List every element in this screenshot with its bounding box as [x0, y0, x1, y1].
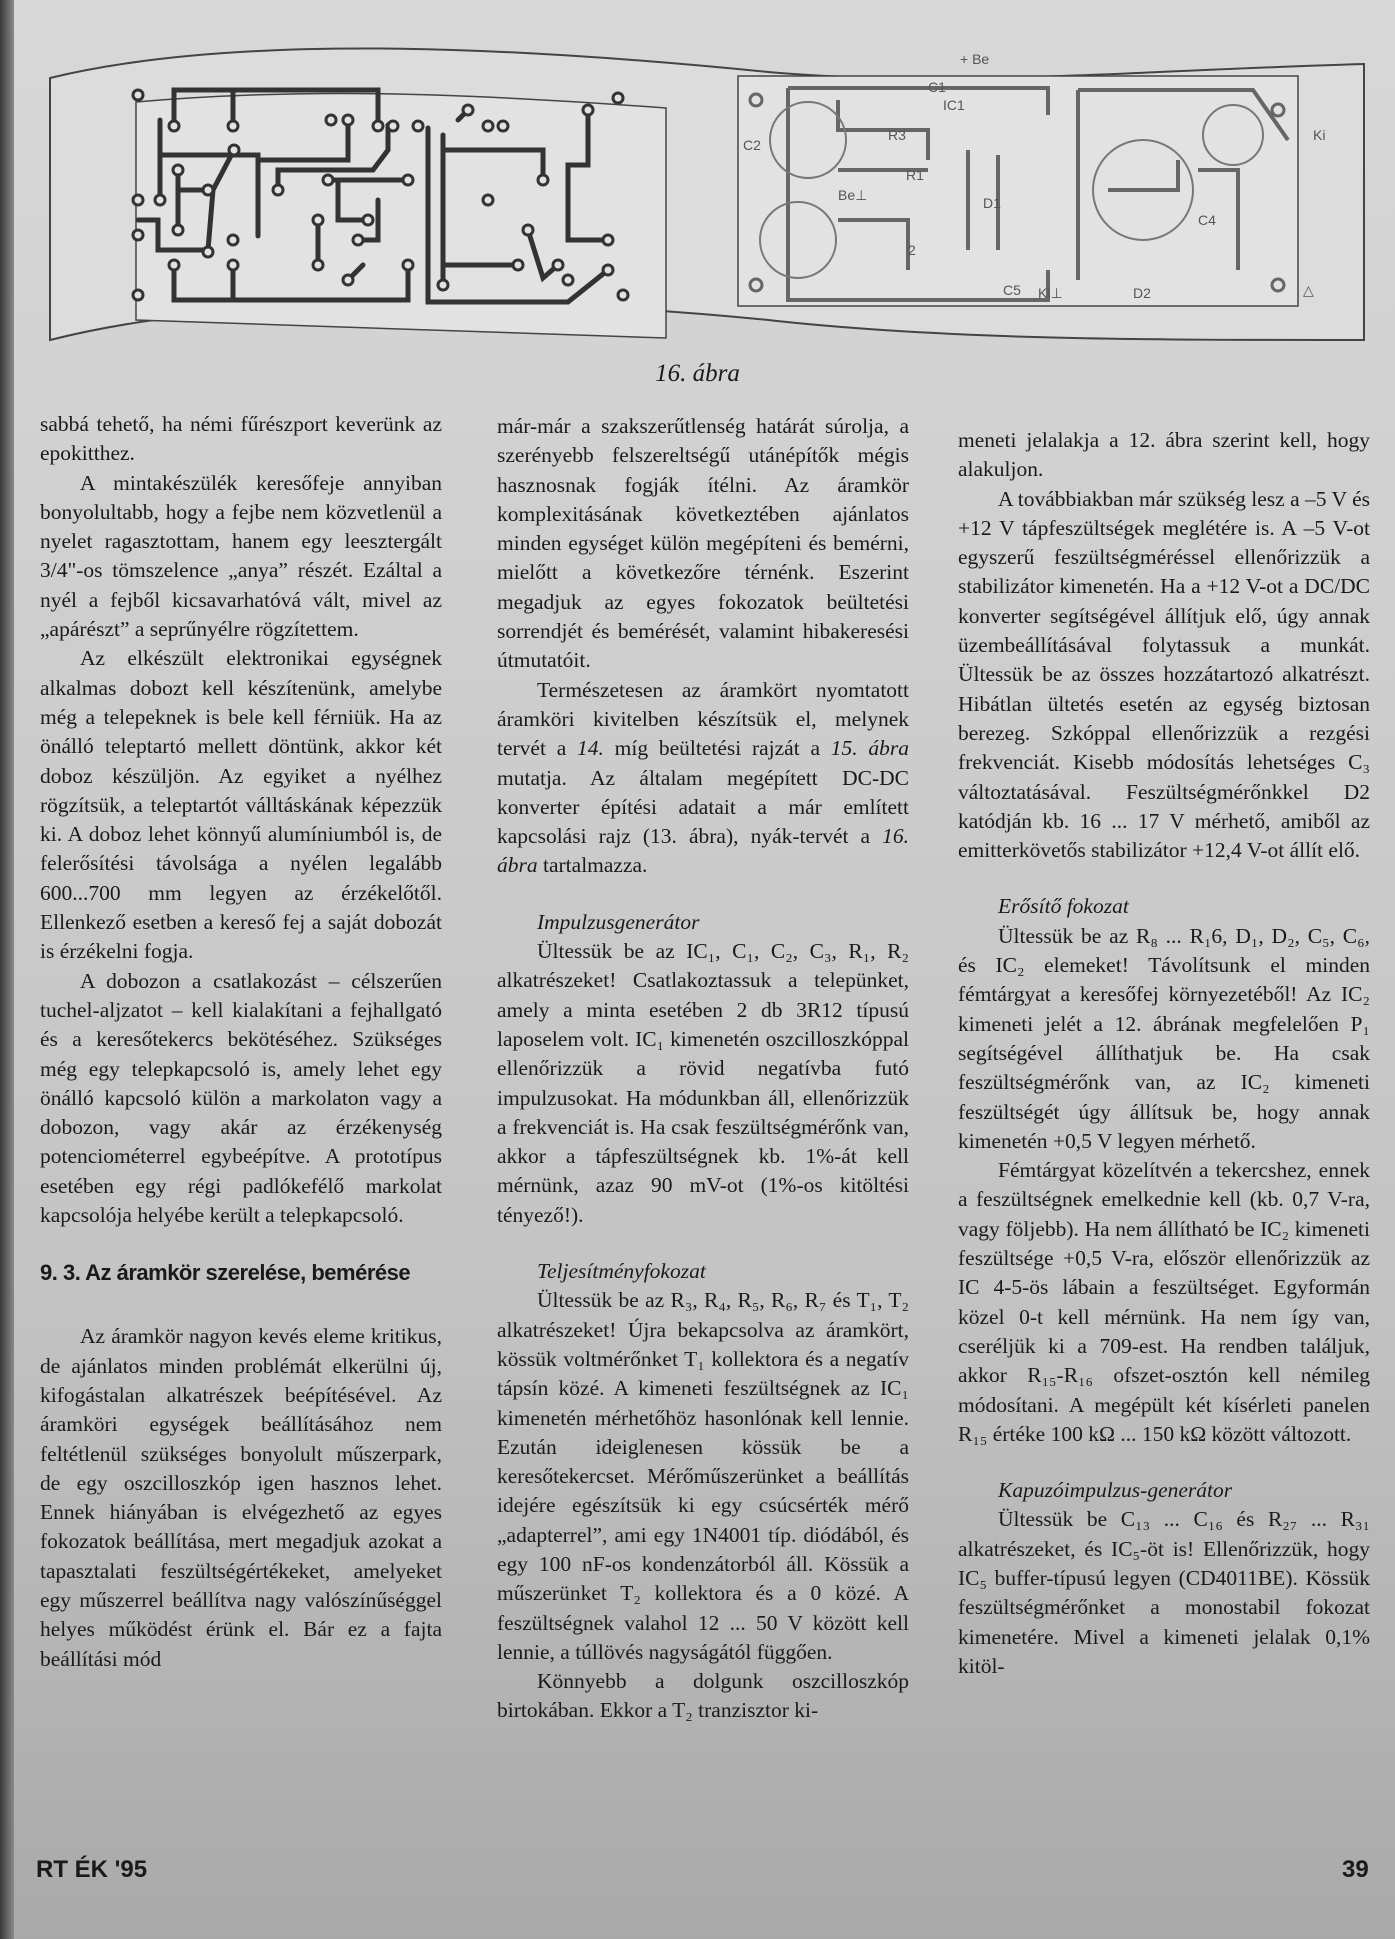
pcb-component-layout: C1IC1R3 R1Be⊥D1 2C5Ki⊥ D2C4C2 + BeKi△: [738, 51, 1325, 306]
svg-text:C2: C2: [743, 137, 761, 153]
paragraph: Az áramkör nagyon kevés eleme kritikus, …: [40, 1322, 442, 1674]
paragraph: A továbbiakban már szükség lesz a –5 V é…: [958, 485, 1370, 866]
publication-footer: RT ÉK '95: [36, 1856, 147, 1884]
svg-text:2: 2: [908, 242, 916, 258]
svg-text:IC1: IC1: [943, 97, 965, 113]
paragraph: meneti jelalakja a 12. ábra szerint kell…: [958, 426, 1370, 485]
svg-text:△: △: [1303, 282, 1314, 298]
paragraph: A dobozon a csatlakozást – célszerűen tu…: [40, 967, 442, 1231]
pcb-copper-layout: [133, 90, 666, 338]
paragraph: Ültessük be az R₃, R₄, R₅, R₆, R₇ és T₁,…: [497, 1286, 909, 1667]
page-binding-edge: [0, 0, 14, 1939]
subsection-title: Erősítő fokozat: [958, 892, 1370, 921]
text-column-3: meneti jelalakja a 12. ábra szerint kell…: [958, 426, 1370, 1681]
text-column-2: már-már a szakszerűtlenség határát súrol…: [497, 412, 909, 1726]
figure-reference: 14.: [577, 736, 604, 760]
subsection-title: Teljesítményfokozat: [497, 1257, 909, 1286]
figure-reference: 15. ábra: [831, 736, 909, 760]
subsection-title: Impulzusgenerátor: [497, 908, 909, 937]
paragraph: Ültessük be az IC₁, C₁, C₂, C₃, R₁, R₂ a…: [497, 937, 909, 1230]
svg-text:R3: R3: [888, 127, 906, 143]
section-heading: 9. 3. Az áramkör szerelése, bemérése: [40, 1260, 442, 1286]
text-column-1: sabbá tehető, ha némi fűrészport keverün…: [40, 410, 442, 1674]
paragraph: Fémtárgyat közelítvén a tekercshez, enne…: [958, 1156, 1370, 1449]
svg-text:R1: R1: [906, 167, 924, 183]
figure-16-pcb: C1IC1R3 R1Be⊥D1 2C5Ki⊥ D2C4C2 + BeKi△: [48, 40, 1368, 350]
paragraph: sabbá tehető, ha némi fűrészport keverün…: [40, 410, 442, 469]
svg-text:Be⊥: Be⊥: [838, 187, 867, 203]
paragraph: Könnyebb a dolgunk oszcilloszkóp birtoká…: [497, 1667, 909, 1726]
svg-text:C1: C1: [928, 79, 946, 95]
paragraph: A mintakészülék keresőfeje annyiban bony…: [40, 469, 442, 645]
paragraph: Az elkészült elektronikai egységnek alka…: [40, 644, 442, 966]
paragraph: Természetesen az áramkört nyomtatott ára…: [497, 676, 909, 881]
svg-text:+ Be: + Be: [960, 51, 989, 67]
svg-text:Ki: Ki: [1313, 127, 1325, 143]
subsection-title: Kapuzóimpulzus-generátor: [958, 1476, 1370, 1505]
figure-caption: 16. ábra: [0, 360, 1395, 388]
paragraph: már-már a szakszerűtlenség határát súrol…: [497, 412, 909, 676]
svg-text:Ki⊥: Ki⊥: [1038, 285, 1063, 301]
svg-text:D2: D2: [1133, 285, 1151, 301]
pcb-figure-drawing: C1IC1R3 R1Be⊥D1 2C5Ki⊥ D2C4C2 + BeKi△: [48, 40, 1368, 350]
svg-text:C5: C5: [1003, 282, 1021, 298]
paragraph: Ültessük be az R₈ ... R₁6, D₁, D₂, C₅, C…: [958, 922, 1370, 1156]
svg-text:C4: C4: [1198, 212, 1216, 228]
svg-text:D1: D1: [983, 195, 1001, 211]
page-number: 39: [1342, 1856, 1369, 1884]
paragraph: Ültessük be C₁₃ ... C₁₆ és R₂₇ ... R₃₁ a…: [958, 1505, 1370, 1681]
